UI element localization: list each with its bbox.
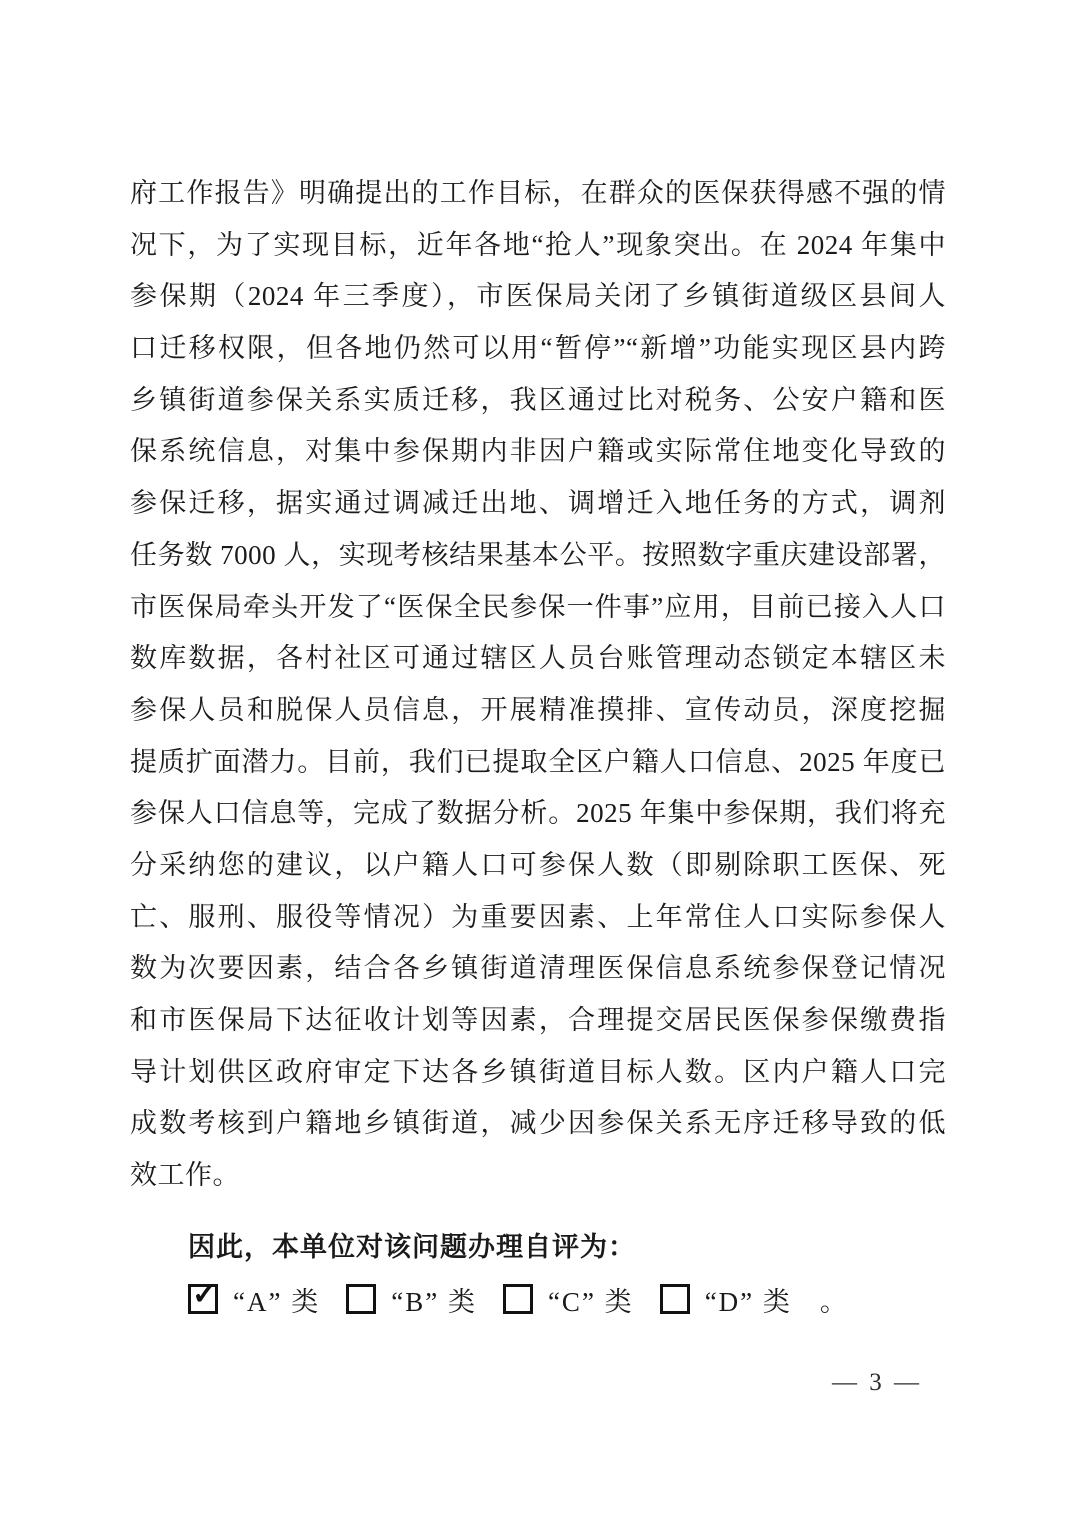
body-text-line: 参保人口信息等，完成了数据分析。2025 年集中参保期，我们将充 xyxy=(130,788,946,840)
document-page: 府工作报告》明确提出的工作目标，在群众的医保获得感不强的情 况下，为了实现目标，… xyxy=(0,0,1074,1520)
body-text-line: 府工作报告》明确提出的工作目标，在群众的医保获得感不强的情 xyxy=(130,168,946,220)
body-text-line: 参保人员和脱保人员信息，开展精准摸排、宣传动员，深度挖掘 xyxy=(130,685,946,737)
body-text-line: 乡镇街道参保关系实质迁移，我区通过比对税务、公安户籍和医 xyxy=(130,375,946,427)
body-text-line: 市医保局牵头开发了“医保全民参保一件事”应用，目前已接入人口 xyxy=(130,582,946,634)
rating-option-d: “D” 类 xyxy=(660,1280,792,1319)
body-text-line: 保系统信息，对集中参保期内非因户籍或实际常住地变化导致的 xyxy=(130,426,946,478)
body-text-line: 提质扩面潜力。目前，我们已提取全区户籍人口信息、2025 年度已 xyxy=(130,737,946,789)
self-evaluation-rating-row: ✓ “A” 类 “B” 类 “C” 类 “D” 类 。 xyxy=(130,1273,946,1325)
body-text-line: 数库数据，各村社区可通过辖区人员台账管理动态锁定本辖区未 xyxy=(130,633,946,685)
self-evaluation-heading: 因此，本单位对该问题办理自评为： xyxy=(130,1222,946,1274)
body-text-line: 亡、服刑、服役等情况）为重要因素、上年常住人口实际参保人 xyxy=(130,892,946,944)
body-text-line: 口迁移权限，但各地仍然可以用“暂停”“新增”功能实现区县内跨 xyxy=(130,323,946,375)
body-text-line: 效工作。 xyxy=(130,1150,946,1202)
rating-option-a: ✓ “A” 类 xyxy=(188,1280,320,1319)
body-text-line: 参保期（2024 年三季度），市医保局关闭了乡镇街道级区县间人 xyxy=(130,271,946,323)
body-text-line: 分采纳您的建议，以户籍人口可参保人数（即剔除职工医保、死 xyxy=(130,840,946,892)
rating-option-label: “B” 类 xyxy=(391,1280,477,1319)
document-body: 府工作报告》明确提出的工作目标，在群众的医保获得感不强的情 况下，为了实现目标，… xyxy=(130,168,946,1325)
sentence-end-period: 。 xyxy=(820,1280,847,1319)
body-text-line: 数为次要因素，结合各乡镇街道清理医保信息系统参保登记情况 xyxy=(130,943,946,995)
rating-option-b: “B” 类 xyxy=(346,1280,477,1319)
checkbox-empty-icon xyxy=(346,1284,376,1314)
body-text-line: 成数考核到户籍地乡镇街道，减少因参保关系无序迁移导致的低 xyxy=(130,1098,946,1150)
body-text-line: 况下，为了实现目标，近年各地“抢人”现象突出。在 2024 年集中 xyxy=(130,220,946,272)
body-text-line: 任务数 7000 人，实现考核结果基本公平。按照数字重庆建设部署， xyxy=(130,530,946,582)
rating-option-label: “A” 类 xyxy=(233,1280,320,1319)
checkbox-checked-icon: ✓ xyxy=(188,1284,218,1314)
page-number: — 3 — xyxy=(822,1366,932,1400)
body-text-line: 和市医保局下达征收计划等因素，合理提交居民医保参保缴费指 xyxy=(130,995,946,1047)
checkbox-empty-icon xyxy=(660,1284,690,1314)
rating-option-label: “C” 类 xyxy=(548,1280,634,1319)
rating-option-c: “C” 类 xyxy=(503,1280,634,1319)
body-text-line: 导计划供区政府审定下达各乡镇街道目标人数。区内户籍人口完 xyxy=(130,1047,946,1099)
rating-option-label: “D” 类 xyxy=(705,1280,792,1319)
body-text-line: 参保迁移，据实通过调减迁出地、调增迁入地任务的方式，调剂 xyxy=(130,478,946,530)
checkbox-empty-icon xyxy=(503,1284,533,1314)
check-mark-icon: ✓ xyxy=(192,1280,217,1310)
